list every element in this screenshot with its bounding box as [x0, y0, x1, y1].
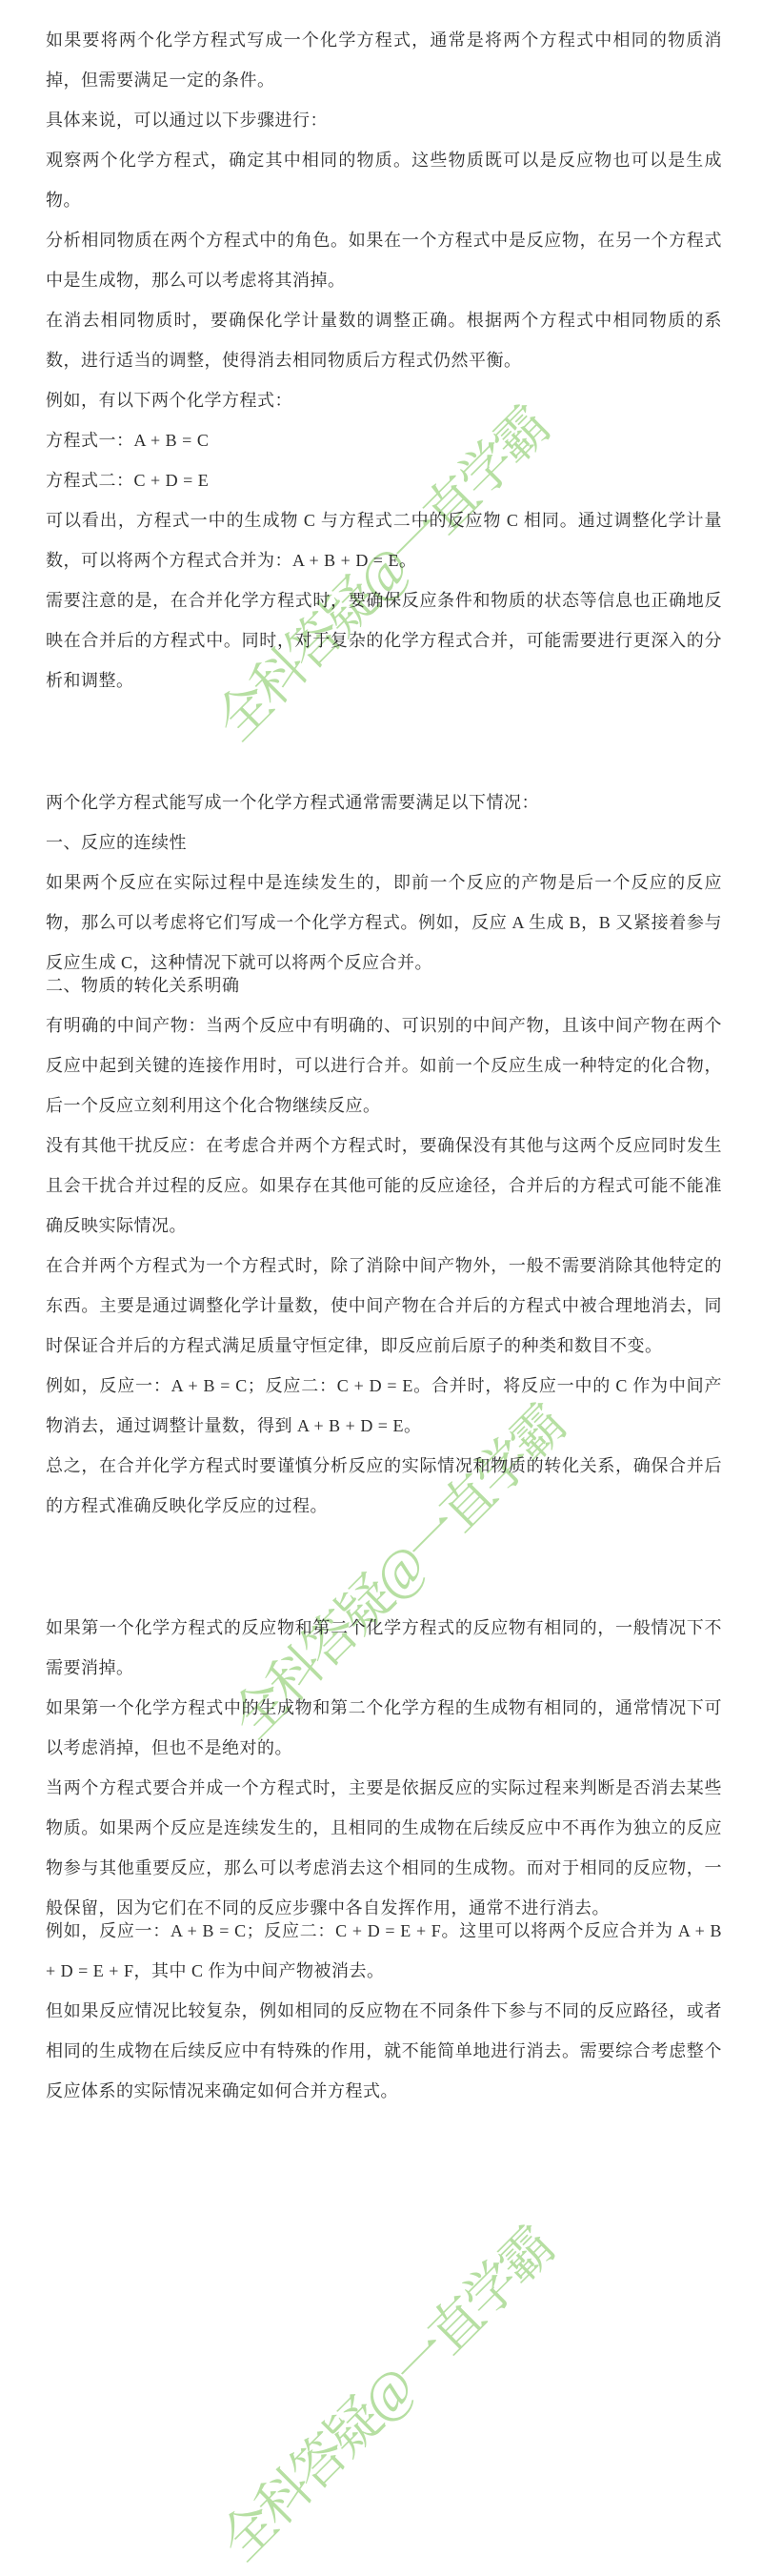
paragraph: 有明确的中间产物：当两个反应中有明确的、可识别的中间产物，且该中间产物在两个反应…: [46, 1005, 722, 1126]
paragraph: 但如果反应情况比较复杂，例如相同的反应物在不同条件下参与不同的反应路径，或者相同…: [46, 1991, 722, 2111]
paragraph: 需要注意的是，在合并化学方程式时，要确保反应条件和物质的状态等信息也正确地反映在…: [46, 580, 722, 700]
paragraph: 当两个方程式要合并成一个方程式时，主要是依据反应的实际过程来判断是否消去某些物质…: [46, 1768, 722, 1928]
section-intro: 两个化学方程式能写成一个化学方程式通常需要满足以下情况：: [46, 782, 722, 822]
paragraph: 在合并两个方程式为一个方程式时，除了消除中间产物外，一般不需要消除其他特定的东西…: [46, 1246, 722, 1366]
paragraph: 具体来说，可以通过以下步骤进行：: [46, 100, 722, 140]
paragraph: 如果第一个化学方程式的反应物和第二个化学方程式的反应物有相同的，一般情况下不需要…: [46, 1608, 722, 1688]
paragraph: 分析相同物质在两个方程式中的角色。如果在一个方程式中是反应物，在另一个方程式中是…: [46, 220, 722, 300]
paragraph: 没有其他干扰反应：在考虑合并两个方程式时，要确保没有其他与这两个反应同时发生且会…: [46, 1126, 722, 1246]
paragraph: 例如，反应一：A + B = C；反应二：C + D = E。合并时，将反应一中…: [46, 1366, 722, 1446]
document-page: 全科答疑@一直学霸 全科答疑@一直学霸 全科答疑@一直学霸 如果要将两个化学方程…: [0, 0, 762, 2576]
paragraph: 观察两个化学方程式，确定其中相同的物质。这些物质既可以是反应物也可以是生成物。: [46, 140, 722, 220]
equation-line: 方程式一：A + B = C: [46, 420, 722, 460]
watermark-text: 全科答疑@一直学霸: [201, 2209, 567, 2575]
paragraph: 总之，在合并化学方程式时要谨慎分析反应的实际情况和物质的转化关系，确保合并后的方…: [46, 1446, 722, 1526]
paragraph: 如果第一个化学方程式中的生成物和第二个化学方程的生成物有相同的，通常情况下可以考…: [46, 1688, 722, 1768]
paragraph: 如果要将两个化学方程式写成一个化学方程式，通常是将两个方程式中相同的物质消掉，但…: [46, 20, 722, 100]
section-heading: 一、反应的连续性: [46, 822, 722, 862]
equation-line: 方程式二：C + D = E: [46, 460, 722, 500]
paragraph: 例如，有以下两个化学方程式：: [46, 380, 722, 420]
document-body: 如果要将两个化学方程式写成一个化学方程式，通常是将两个方程式中相同的物质消掉，但…: [46, 20, 722, 2111]
paragraph: 例如，反应一：A + B = C；反应二：C + D = E + F。这里可以将…: [46, 1911, 722, 1991]
paragraph: 在消去相同物质时，要确保化学计量数的调整正确。根据两个方程式中相同物质的系数，进…: [46, 300, 722, 380]
paragraph: 可以看出，方程式一中的生成物 C 与方程式二中的反应物 C 相同。通过调整化学计…: [46, 500, 722, 580]
